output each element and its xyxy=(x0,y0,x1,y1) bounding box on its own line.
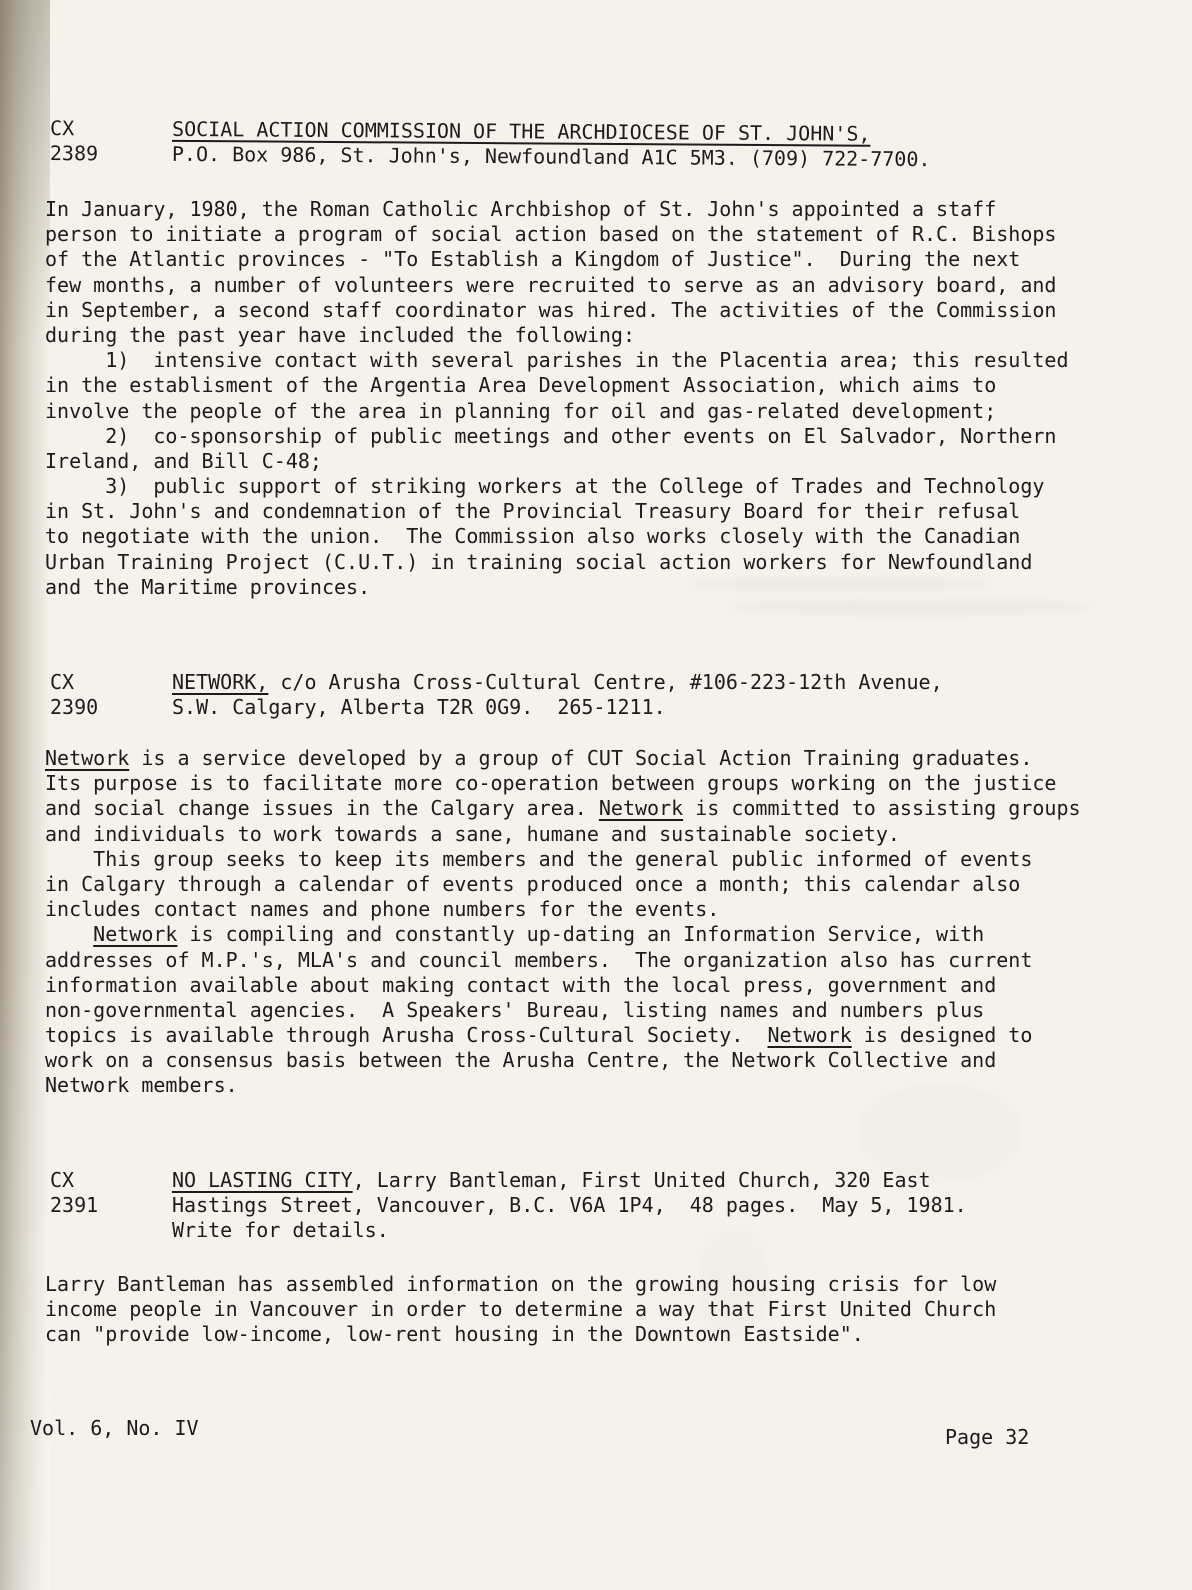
scanned-page: CX 2389 SOCIAL ACTION COMMISSION OF THE … xyxy=(0,0,1192,1590)
text-line: in the establisment of the Argentia Area… xyxy=(45,373,1156,398)
scan-smudge xyxy=(730,600,1090,614)
text-segment: few months, a number of volunteers were … xyxy=(45,273,1056,297)
text-segment: Its purpose is to facilitate more co-ope… xyxy=(45,771,1056,795)
text-line: in September, a second staff coordinator… xyxy=(45,298,1156,323)
text-line: This group seeks to keep its members and… xyxy=(45,847,1156,872)
text-segment: Write for details. xyxy=(172,1218,389,1242)
text-segment: P.O. Box 986, St. John's, Newfoundland A… xyxy=(172,142,931,171)
scan-smudge xyxy=(860,1085,1020,1180)
text-line: few months, a number of volunteers were … xyxy=(45,273,1156,298)
text-segment: in Calgary through a calendar of events … xyxy=(45,872,1020,896)
text-segment: is compiling and constantly up-dating an… xyxy=(177,922,984,946)
text-line: Urban Training Project (C.U.T.) in train… xyxy=(45,550,1156,575)
text-segment xyxy=(45,922,93,946)
underlined-text: NETWORK, xyxy=(172,670,268,694)
entry-heading: NETWORK, c/o Arusha Cross-Cultural Centr… xyxy=(172,670,1154,720)
underlined-text: Network xyxy=(767,1023,851,1047)
entry-id-number: 2390 xyxy=(50,695,172,720)
entry-id-column: CX 2389 xyxy=(50,116,172,167)
text-segment: involve the people of the area in planni… xyxy=(45,399,996,423)
text-line: NETWORK, c/o Arusha Cross-Cultural Centr… xyxy=(172,670,1154,695)
text-segment: can "provide low-income, low-rent housin… xyxy=(45,1322,864,1346)
text-segment: during the past year have included the f… xyxy=(45,323,635,347)
text-line: in St. John's and condemnation of the Pr… xyxy=(45,499,1156,524)
text-line: non-governmental agencies. A Speakers' B… xyxy=(45,998,1156,1023)
text-line: addresses of M.P.'s, MLA's and council m… xyxy=(45,948,1156,973)
entry-body-cx-2389: In January, 1980, the Roman Catholic Arc… xyxy=(45,197,1156,600)
entry-id-prefix: CX xyxy=(50,670,172,695)
entry-body-cx-2391: Larry Bantleman has assembled informatio… xyxy=(45,1272,1156,1348)
scan-edge-tone xyxy=(0,0,50,1590)
entry-header-cx-2391: CX 2391 NO LASTING CITY, Larry Bantleman… xyxy=(50,1168,1154,1244)
entry-id-number: 2391 xyxy=(50,1193,172,1218)
text-line: and the Maritime provinces. xyxy=(45,575,1156,600)
text-segment: in September, a second staff coordinator… xyxy=(45,298,1056,322)
text-segment: , Larry Bantleman, First United Church, … xyxy=(353,1168,931,1192)
text-segment: to negotiate with the union. The Commiss… xyxy=(45,524,1020,548)
text-line: topics is available through Arusha Cross… xyxy=(45,1023,1156,1048)
entry-header-cx-2390: CX 2390 NETWORK, c/o Arusha Cross-Cultur… xyxy=(50,670,1154,720)
text-segment: in the establisment of the Argentia Area… xyxy=(45,373,996,397)
entry-heading: NO LASTING CITY, Larry Bantleman, First … xyxy=(172,1168,1154,1244)
text-segment: of the Atlantic provinces - "To Establis… xyxy=(45,247,1020,271)
text-segment: is a service developed by a group of CUT… xyxy=(129,746,1032,770)
text-line: NO LASTING CITY, Larry Bantleman, First … xyxy=(172,1168,1154,1193)
text-line: information available about making conta… xyxy=(45,973,1156,998)
volume-label: Vol. 6, No. IV xyxy=(30,1416,199,1441)
text-segment: includes contact names and phone numbers… xyxy=(45,897,719,921)
text-segment: 2) co-sponsorship of public meetings and… xyxy=(45,424,1056,448)
text-line: Write for details. xyxy=(172,1218,1154,1243)
text-segment: In January, 1980, the Roman Catholic Arc… xyxy=(45,197,996,221)
text-segment: and social change issues in the Calgary … xyxy=(45,796,599,820)
text-line: and social change issues in the Calgary … xyxy=(45,796,1156,821)
entry-id-number: 2389 xyxy=(50,141,172,167)
entry-header-cx-2389: CX 2389 SOCIAL ACTION COMMISSION OF THE … xyxy=(50,116,1154,174)
text-line: Network members. xyxy=(45,1073,1156,1098)
text-line: person to initiate a program of social a… xyxy=(45,222,1156,247)
text-line: In January, 1980, the Roman Catholic Arc… xyxy=(45,197,1156,222)
text-segment: topics is available through Arusha Cross… xyxy=(45,1023,767,1047)
text-line: Ireland, and Bill C-48; xyxy=(45,449,1156,474)
entry-id-column: CX 2391 xyxy=(50,1168,172,1244)
underlined-text: Network xyxy=(45,746,129,770)
text-line: work on a consensus basis between the Ar… xyxy=(45,1048,1156,1073)
text-segment: work on a consensus basis between the Ar… xyxy=(45,1048,996,1072)
text-segment: Larry Bantleman has assembled informatio… xyxy=(45,1272,996,1296)
underlined-text: SOCIAL ACTION COMMISSION OF THE ARCHDIOC… xyxy=(172,117,871,146)
text-segment: Network members. xyxy=(45,1073,238,1097)
text-line: 3) public support of striking workers at… xyxy=(45,474,1156,499)
entry-id-prefix: CX xyxy=(50,1168,172,1193)
entry-body-cx-2390: Network is a service developed by a grou… xyxy=(45,746,1156,1099)
text-line: income people in Vancouver in order to d… xyxy=(45,1297,1156,1322)
text-segment: person to initiate a program of social a… xyxy=(45,222,1056,246)
text-segment: information available about making conta… xyxy=(45,973,996,997)
underlined-text: NO LASTING CITY xyxy=(172,1168,353,1192)
text-segment: S.W. Calgary, Alberta T2R 0G9. 265-1211. xyxy=(172,695,666,719)
entry-id-prefix: CX xyxy=(50,116,172,142)
text-segment: This group seeks to keep its members and… xyxy=(45,847,1032,871)
text-segment: and individuals to work towards a sane, … xyxy=(45,822,900,846)
page-number: Page 32 xyxy=(945,1425,1029,1450)
text-line: Network is a service developed by a grou… xyxy=(45,746,1156,771)
text-segment: non-governmental agencies. A Speakers' B… xyxy=(45,998,984,1022)
text-line: in Calgary through a calendar of events … xyxy=(45,872,1156,897)
text-segment: c/o Arusha Cross-Cultural Centre, #106-2… xyxy=(268,670,942,694)
text-segment: Urban Training Project (C.U.T.) in train… xyxy=(45,550,1032,574)
underlined-text: Network xyxy=(93,922,177,946)
text-line: Its purpose is to facilitate more co-ope… xyxy=(45,771,1156,796)
text-line: can "provide low-income, low-rent housin… xyxy=(45,1322,1156,1347)
text-line: Hastings Street, Vancouver, B.C. V6A 1P4… xyxy=(172,1193,1154,1218)
entry-heading: SOCIAL ACTION COMMISSION OF THE ARCHDIOC… xyxy=(172,117,1154,174)
text-line: S.W. Calgary, Alberta T2R 0G9. 265-1211. xyxy=(172,695,1154,720)
underlined-text: Network xyxy=(599,796,683,820)
text-segment: is designed to xyxy=(852,1023,1033,1047)
text-line: to negotiate with the union. The Commiss… xyxy=(45,524,1156,549)
text-line: during the past year have included the f… xyxy=(45,323,1156,348)
text-segment: Hastings Street, Vancouver, B.C. V6A 1P4… xyxy=(172,1193,967,1217)
text-line: involve the people of the area in planni… xyxy=(45,399,1156,424)
text-segment: income people in Vancouver in order to d… xyxy=(45,1297,996,1321)
text-segment: 1) intensive contact with several parish… xyxy=(45,348,1069,372)
text-line: 1) intensive contact with several parish… xyxy=(45,348,1156,373)
text-segment: 3) public support of striking workers at… xyxy=(45,474,1044,498)
text-line: of the Atlantic provinces - "To Establis… xyxy=(45,247,1156,272)
entry-id-column: CX 2390 xyxy=(50,670,172,720)
text-segment: is committed to assisting groups xyxy=(683,796,1080,820)
text-line: 2) co-sponsorship of public meetings and… xyxy=(45,424,1156,449)
text-line: and individuals to work towards a sane, … xyxy=(45,822,1156,847)
text-line: Larry Bantleman has assembled informatio… xyxy=(45,1272,1156,1297)
text-segment: Ireland, and Bill C-48; xyxy=(45,449,322,473)
text-line: Network is compiling and constantly up-d… xyxy=(45,922,1156,947)
text-segment: and the Maritime provinces. xyxy=(45,575,370,599)
text-segment: in St. John's and condemnation of the Pr… xyxy=(45,499,1020,523)
text-segment: addresses of M.P.'s, MLA's and council m… xyxy=(45,948,1032,972)
text-line: includes contact names and phone numbers… xyxy=(45,897,1156,922)
